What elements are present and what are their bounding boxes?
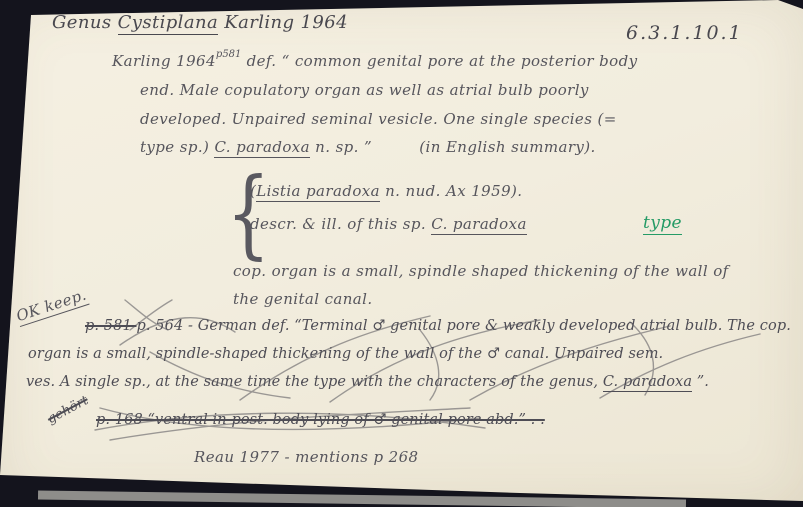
line4-pre: type sp.)	[140, 138, 214, 156]
syn-citation: n. nud. Ax 1959).	[380, 182, 522, 200]
german-def-line2: organ is a small, spindle-shaped thicken…	[28, 346, 663, 362]
scanned-index-card: Genus Cystiplana Karling 1964 6.3.1.10.1…	[0, 0, 803, 507]
karling-def-line1: Karling 1964p581 def. “ common genital p…	[112, 52, 637, 70]
type-annotation-green: type	[643, 213, 682, 233]
title-author: Karling 1964	[218, 12, 348, 33]
german-line1-text: p. 564 - German def. “Terminal ♂ genital…	[137, 318, 791, 334]
line4-post: n. sp. ”	[310, 138, 372, 156]
crossed-page-ref: p. 581	[85, 318, 137, 334]
karling-def-line2: end. Male copulatory organ as well as at…	[140, 81, 589, 99]
karling-citation: Karling 1964	[112, 52, 216, 70]
synonym-line1: (Listia paradoxa n. nud. Ax 1959).	[250, 182, 522, 200]
karling-def-line4: type sp.) C. paradoxa n. sp. ” (in Engli…	[140, 138, 596, 156]
german-line3-text: ves. A single sp., at the same time the …	[26, 374, 603, 390]
genus-label: Genus	[52, 12, 118, 33]
index-card-paper	[0, 0, 803, 507]
def-label: def.	[241, 52, 281, 70]
synonym-name: Listia paradoxa	[256, 182, 380, 202]
descr-ill-text: descr. & ill. of this sp.	[250, 215, 431, 233]
karling-def-line3: developed. Unpaired seminal vesicle. One…	[140, 110, 617, 128]
species-name: C. paradoxa	[431, 215, 527, 235]
synonym-line2: descr. & ill. of this sp. C. paradoxa	[250, 215, 527, 233]
german-def-line3: ves. A single sp., at the same time the …	[26, 374, 709, 390]
title-line: Genus Cystiplana Karling 1964	[52, 12, 348, 33]
quote-line1: “ common genital pore at the posterior b…	[282, 52, 638, 70]
species-name: C. paradoxa	[603, 374, 692, 392]
german-def-line1: p. 581 p. 564 - German def. “Terminal ♂ …	[85, 318, 791, 334]
crossed-out-line: p. 168 “ventral in post. body lying of ♂…	[96, 412, 545, 428]
german-line3-end: ”.	[692, 374, 709, 390]
cop-organ-line1: cop. organ is a small, spindle shaped th…	[233, 262, 729, 280]
footer-mention: Reau 1977 - mentions p 268	[194, 448, 418, 466]
page-superscript: p581	[216, 49, 242, 60]
species-name: C. paradoxa	[214, 138, 310, 158]
english-summary-note: (in English summary).	[419, 138, 595, 156]
genus-name: Cystiplana	[118, 12, 219, 35]
catalog-number: 6.3.1.10.1	[626, 22, 743, 44]
type-label: type	[643, 213, 682, 235]
curly-brace: {	[226, 166, 270, 263]
cop-organ-line2: the genital canal.	[233, 290, 373, 308]
